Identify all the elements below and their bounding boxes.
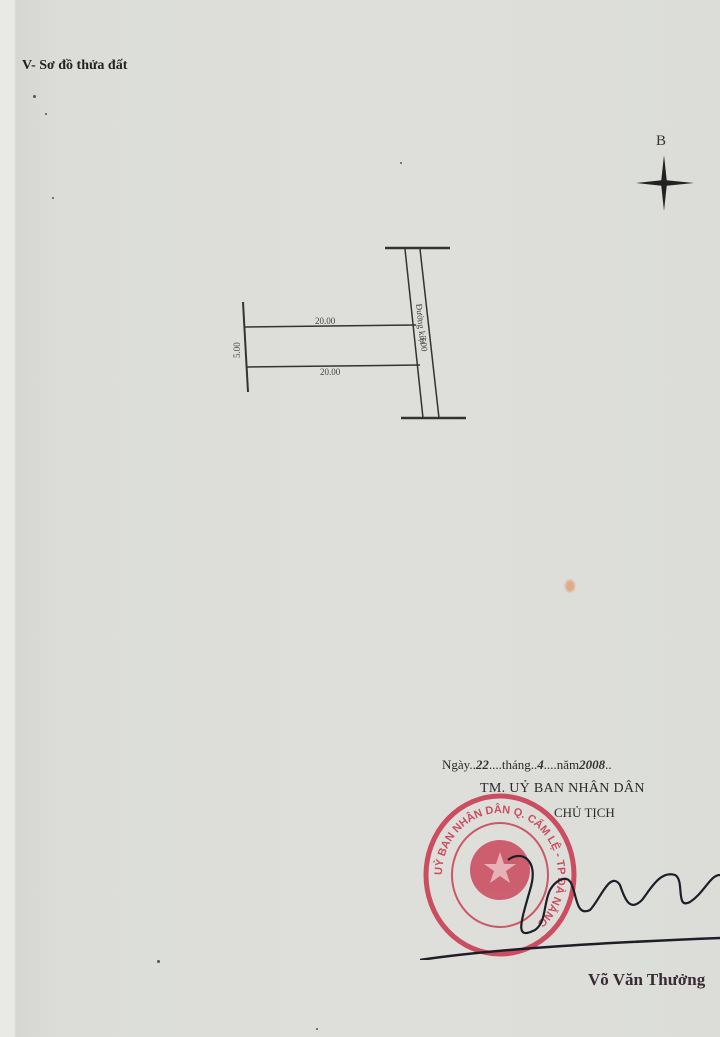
compass-star-icon — [632, 133, 702, 218]
date-line: Ngày..22....tháng..4....năm2008.. — [442, 757, 612, 773]
section-title: V- Sơ đồ thửa đất — [22, 58, 127, 74]
top-edge-label: 20.00 — [315, 316, 336, 326]
road-width-label: 3.00 — [418, 335, 430, 352]
date-month: 4 — [537, 757, 544, 772]
document-page: V- Sơ đồ thửa đất B 20.00 20.00 5.00 Đườ… — [0, 0, 720, 1037]
left-edge-label: 5.00 — [232, 342, 242, 358]
speck — [316, 1028, 318, 1030]
date-prefix: Ngày — [442, 757, 469, 772]
speck — [45, 113, 47, 115]
date-year: 2008 — [579, 757, 605, 772]
bottom-edge-label: 20.00 — [320, 367, 341, 377]
handwritten-signature — [420, 830, 720, 960]
speck — [157, 960, 160, 963]
year-prefix: năm — [557, 757, 579, 772]
month-prefix: tháng — [502, 757, 531, 772]
speck — [400, 162, 402, 164]
road-name-label: Đường kiệt — [414, 303, 428, 345]
compass: B — [632, 133, 702, 218]
speck — [33, 95, 36, 98]
speck — [52, 197, 54, 199]
stain-mark — [565, 580, 575, 592]
signer-name: Võ Văn Thưởng — [588, 970, 705, 990]
date-day: 22 — [476, 757, 489, 772]
